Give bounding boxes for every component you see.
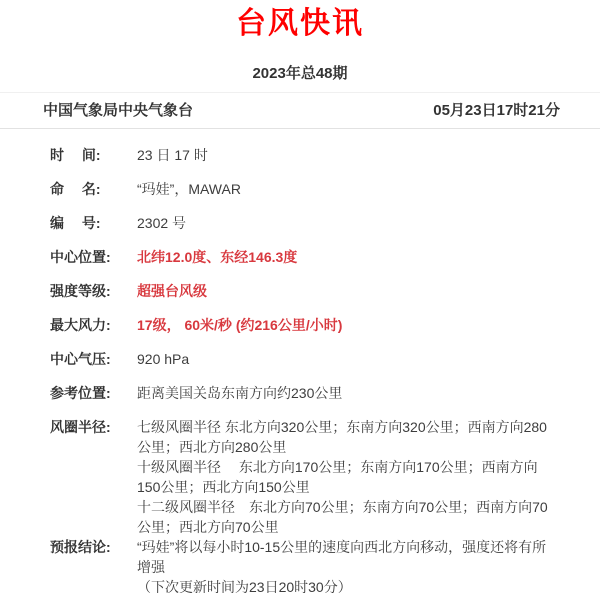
- wind-circle-level10: 十级风圈半径 东北方向170公里；东南方向170公里；西南方向150公里；西北方…: [137, 457, 560, 497]
- field-label: 最大风力:: [50, 315, 137, 335]
- field-value: “玛娃”将以每小时10-15公里的速度向西北方向移动，强度还将有所增强 （下次更…: [137, 537, 560, 593]
- forecast-text: “玛娃”将以每小时10-15公里的速度向西北方向移动，强度还将有所增强: [137, 537, 560, 577]
- field-label: 编 号:: [50, 213, 137, 233]
- field-row-center-position: 中心位置: 北纬12.0度、东经146.3度: [50, 247, 560, 267]
- field-label: 中心位置:: [50, 247, 137, 267]
- bulletin-fields: 时 间: 23 日 17 时 命 名: “玛娃”，MAWAR 编 号: 2302…: [0, 129, 600, 593]
- field-value: “玛娃”，MAWAR: [137, 179, 560, 199]
- field-value: 920 hPa: [137, 349, 560, 369]
- field-value: 17级， 60米/秒 (约216公里/小时): [137, 315, 560, 335]
- field-row-center-pressure: 中心气压: 920 hPa: [50, 349, 560, 369]
- field-label: 风圈半径:: [50, 417, 137, 537]
- field-row-name: 命 名: “玛娃”，MAWAR: [50, 179, 560, 199]
- header-bar: 中国气象局中央气象台 05月23日17时21分: [0, 93, 600, 128]
- field-value: 2302 号: [137, 213, 560, 233]
- field-value: 距离美国关岛东南方向约230公里: [137, 383, 560, 403]
- publish-datetime: 05月23日17时21分: [433, 102, 560, 120]
- field-row-intensity: 强度等级: 超强台风级: [50, 281, 560, 301]
- agency-name: 中国气象局中央气象台: [43, 102, 193, 120]
- field-label: 时 间:: [50, 145, 137, 165]
- field-label: 命 名:: [50, 179, 137, 199]
- field-value: 超强台风级: [137, 281, 560, 301]
- field-row-forecast-conclusion: 预报结论: “玛娃”将以每小时10-15公里的速度向西北方向移动，强度还将有所增…: [50, 537, 560, 593]
- issue-number: 2023年总48期: [0, 65, 600, 83]
- page-title: 台风快讯: [0, 6, 600, 42]
- field-label: 强度等级:: [50, 281, 137, 301]
- field-label: 预报结论:: [50, 537, 137, 593]
- field-label: 中心气压:: [50, 349, 137, 369]
- wind-circle-level7: 七级风圈半径 东北方向320公里；东南方向320公里；西南方向280公里；西北方…: [137, 417, 560, 457]
- field-row-max-wind: 最大风力: 17级， 60米/秒 (约216公里/小时): [50, 315, 560, 335]
- field-value: 23 日 17 时: [137, 145, 560, 165]
- field-row-number: 编 号: 2302 号: [50, 213, 560, 233]
- wind-circle-level12: 十二级风圈半径 东北方向70公里；东南方向70公里；西南方向70公里；西北方向7…: [137, 497, 560, 537]
- typhoon-bulletin-page: 台风快讯 2023年总48期 中国气象局中央气象台 05月23日17时21分 时…: [0, 0, 600, 593]
- field-value: 七级风圈半径 东北方向320公里；东南方向320公里；西南方向280公里；西北方…: [137, 417, 560, 537]
- field-row-reference-position: 参考位置: 距离美国关岛东南方向约230公里: [50, 383, 560, 403]
- field-value: 北纬12.0度、东经146.3度: [137, 247, 560, 267]
- next-update-time: （下次更新时间为23日20时30分）: [137, 577, 560, 593]
- field-row-time: 时 间: 23 日 17 时: [50, 145, 560, 165]
- field-label: 参考位置:: [50, 383, 137, 403]
- field-row-wind-circle-radius: 风圈半径: 七级风圈半径 东北方向320公里；东南方向320公里；西南方向280…: [50, 417, 560, 537]
